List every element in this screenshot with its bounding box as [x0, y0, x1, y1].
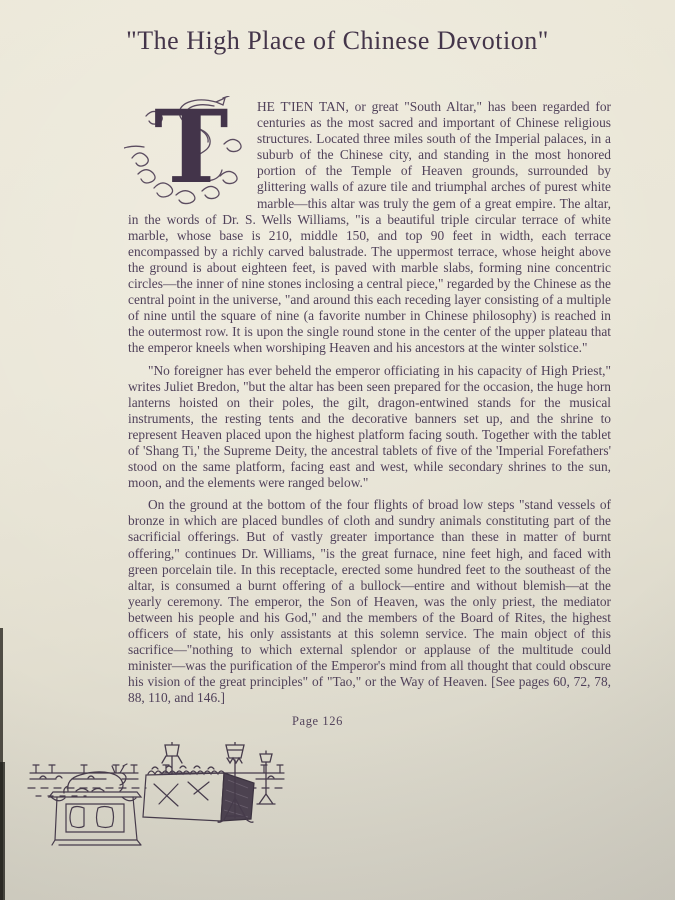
- page-number: Page 126: [0, 714, 635, 729]
- paragraph-1: T HE T'IEN TAN, or great "South Altar," …: [128, 99, 611, 357]
- paragraph-2-text: "No foreigner has ever beheld the empero…: [128, 363, 611, 491]
- paragraph-2: "No foreigner has ever beheld the empero…: [128, 363, 611, 492]
- page-edge-shadow-lower: [0, 762, 5, 900]
- body-text: T HE T'IEN TAN, or great "South Altar," …: [128, 99, 611, 706]
- page-title: "The High Place of Chinese Devotion": [0, 26, 675, 56]
- dragon-dropcap-T-icon: T: [128, 100, 250, 197]
- svg-text:T: T: [154, 96, 228, 206]
- paragraph-3: On the ground at the bottom of the four …: [128, 497, 611, 706]
- paragraph-3-text: On the ground at the bottom of the four …: [128, 497, 611, 705]
- altar-illustration-icon: [26, 742, 296, 872]
- scanned-book-page: "The High Place of Chinese Devotion": [0, 0, 675, 900]
